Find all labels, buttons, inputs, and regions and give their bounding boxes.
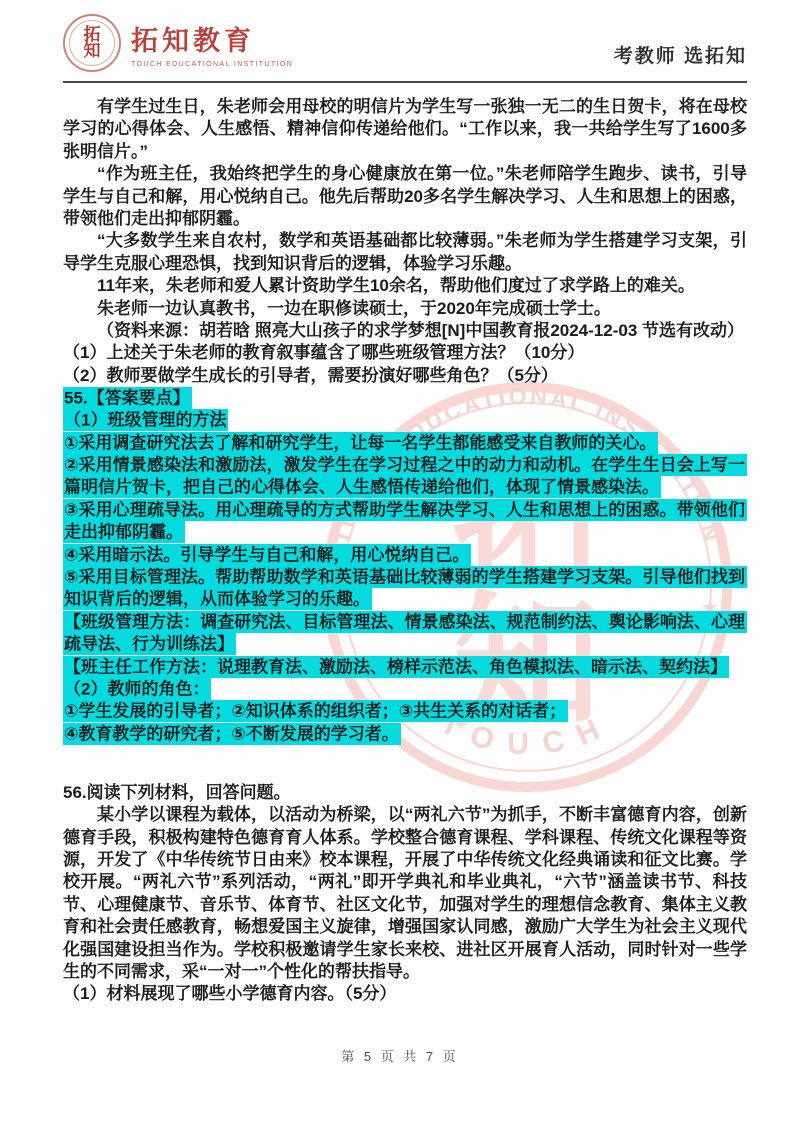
answer-text: ④采用暗示法。引导学生与自己和解，用心悦纳自己。 xyxy=(63,544,471,566)
answer-line: 【班主任工作方法：说理教育法、激励法、榜样示范法、角色模拟法、暗示法、契约法】 xyxy=(63,656,747,678)
document-content: 有学生过生日，朱老师会用母校的明信片为学生写一张独一无二的生日贺卡，将在母校学习… xyxy=(63,96,747,1006)
answer-label-text: 55.【答案要点】 xyxy=(63,387,192,409)
answer-text: ③采用心理疏导法。用心理疏导的方式帮助学生解决学习、人生和思想上的困惑。带领他们… xyxy=(63,499,747,543)
material-55-source: （资料来源：胡若晗 照亮大山孩子的求学梦想[N]中国教育报2024-12-03 … xyxy=(63,320,747,342)
answer-line: ①采用调查研究法去了解和研究学生，让每一名学生都能感受来自教师的关心。 xyxy=(63,432,747,454)
answer-line: ①学生发展的引导者；②知识体系的组织者；③共生关系的对话者； xyxy=(63,701,747,723)
material-56-paragraph: 某小学以课程为载体，以活动为桥梁，以“两礼六节”为抓手，不断丰富德育内容，创新德… xyxy=(63,804,747,983)
header-tagline: 考教师 选拓知 xyxy=(614,41,747,72)
question-55-1: （1）上述关于朱老师的教育叙事蕴含了哪些班级管理方法？（10分） xyxy=(63,342,747,364)
brand-text: 拓知教育 TOUCH EDUCATIONAL INSTITUTION xyxy=(131,19,293,68)
brand-seal-icon: 拓 知 xyxy=(63,14,121,72)
answer-text: 【班级管理方法：调查研究法、目标管理法、情景感染法、规范制约法、舆论影响法、心理… xyxy=(63,611,747,655)
question-56-1: （1）材料展现了哪些小学德育内容。（5分） xyxy=(63,983,747,1005)
answer-line: ④教育教学的研究者；⑤不断发展的学习者。 xyxy=(63,723,747,745)
answer-55-label: 55.【答案要点】 xyxy=(63,387,747,409)
page-number: 第 5 页 共 7 页 xyxy=(0,1046,800,1065)
answer-text: ①采用调查研究法去了解和研究学生，让每一名学生都能感受来自教师的关心。 xyxy=(63,432,658,454)
answer-text: ④教育教学的研究者；⑤不断发展的学习者。 xyxy=(63,723,401,745)
answer-line: （2）教师的角色： xyxy=(63,679,747,701)
brand-logo: 拓 知 拓知教育 TOUCH EDUCATIONAL INSTITUTION xyxy=(63,14,293,72)
answer-text: 【班主任工作方法：说理教育法、激励法、榜样示范法、角色模拟法、暗示法、契约法】 xyxy=(63,656,729,678)
brand-name: 拓知教育 xyxy=(131,19,293,58)
question-56-block: 56.阅读下列材料，回答问题。 某小学以课程为载体，以活动为桥梁，以“两礼六节”… xyxy=(63,782,747,1006)
page-header: 拓 知 拓知教育 TOUCH EDUCATIONAL INSTITUTION 考… xyxy=(63,0,747,83)
answer-text: ①学生发展的引导者；②知识体系的组织者；③共生关系的对话者； xyxy=(63,700,568,722)
answer-text: （1）班级管理的方法 xyxy=(63,409,228,431)
question-56-intro: 56.阅读下列材料，回答问题。 xyxy=(63,782,747,804)
brand-subtitle: TOUCH EDUCATIONAL INSTITUTION xyxy=(131,61,293,68)
answer-text: （2）教师的角色： xyxy=(63,678,211,700)
answer-text: ⑤采用目标管理法。帮助帮助数学和英语基础比较薄弱的学生搭建学习支架。引导他们找到… xyxy=(63,566,747,610)
answer-line: ③采用心理疏导法。用心理疏导的方式帮助学生解决学习、人生和思想上的困惑。带领他们… xyxy=(63,499,747,544)
answer-text: ②采用情景感染法和激励法，激发学生在学习过程之中的动力和动机。在学生生日会上写一… xyxy=(63,454,747,498)
answer-line: ⑤采用目标管理法。帮助帮助数学和英语基础比较薄弱的学生搭建学习支架。引导他们找到… xyxy=(63,567,747,612)
answer-line: 【班级管理方法：调查研究法、目标管理法、情景感染法、规范制约法、舆论影响法、心理… xyxy=(63,611,747,656)
answer-line: ④采用暗示法。引导学生与自己和解，用心悦纳自己。 xyxy=(63,544,747,566)
seal-char-bottom: 知 xyxy=(84,43,101,59)
material-55-paragraph: 11年来，朱老师和爱人累计资助学生10余名，帮助他们度过了求学路上的难关。 xyxy=(63,275,747,297)
question-55-2: （2）教师要做学生成长的引导者，需要扮演好哪些角色？（5分） xyxy=(63,365,747,387)
answer-line: （1）班级管理的方法 xyxy=(63,410,747,432)
material-55-paragraph: “作为班主任，我始终把学生的身心健康放在第一位。”朱老师陪学生跑步、读书，引导学… xyxy=(63,163,747,230)
material-55-paragraph: 有学生过生日，朱老师会用母校的明信片为学生写一张独一无二的生日贺卡，将在母校学习… xyxy=(63,96,747,163)
material-55-paragraph: “大多数学生来自农村，数学和英语基础都比较薄弱。”朱老师为学生搭建学习支架，引导… xyxy=(63,230,747,275)
brand-seal-characters: 拓 知 xyxy=(69,20,115,66)
document-page: 拓 知 拓知教育 TOUCH EDUCATIONAL INSTITUTION 考… xyxy=(0,0,800,1006)
material-55-paragraph: 朱老师一边认真教书，一边在职修读硕士，于2020年完成硕士学士。 xyxy=(63,298,747,320)
answer-line: ②采用情景感染法和激励法，激发学生在学习过程之中的动力和动机。在学生生日会上写一… xyxy=(63,455,747,500)
